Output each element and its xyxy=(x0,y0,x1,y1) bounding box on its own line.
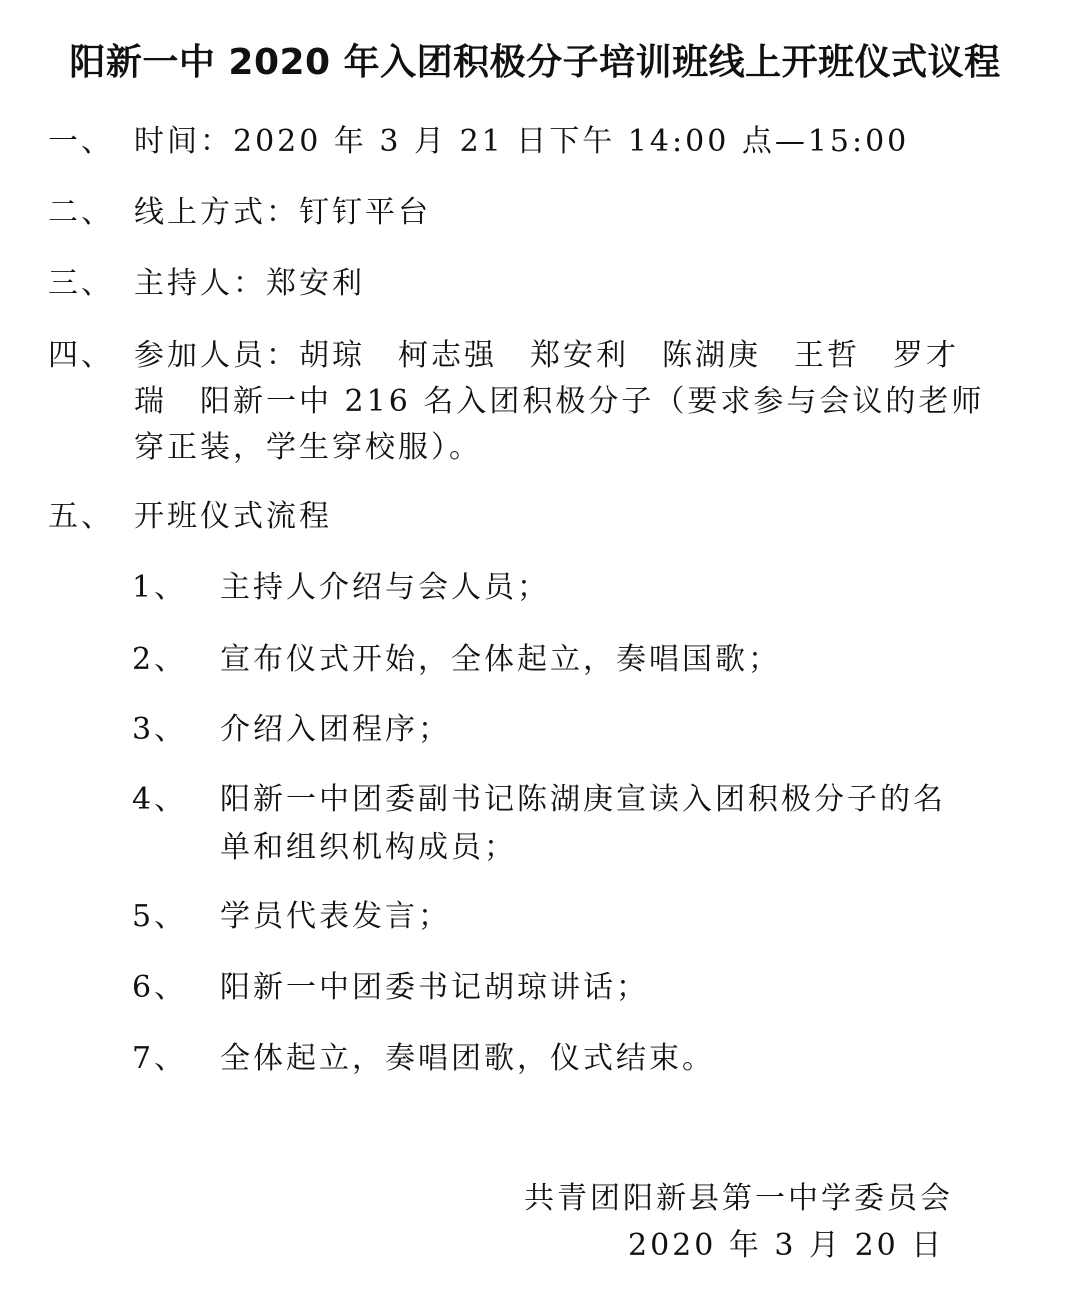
step-number: 6、 xyxy=(132,968,187,1008)
step-number: 5、 xyxy=(132,897,187,937)
document-title: 阳新一中 2020 年入团积极分子培训班线上开班仪式议程 xyxy=(0,38,1070,88)
step-text: 宣布仪式开始，全体起立，奏唱国歌； xyxy=(220,640,781,680)
step-number: 4、 xyxy=(132,780,187,820)
section-number: 二、 xyxy=(48,193,114,233)
step-number: 3、 xyxy=(132,710,187,750)
step-text: 阳新一中团委副书记陈湖庚宣读入团积极分子的名 xyxy=(220,780,946,820)
step-number: 1、 xyxy=(132,568,187,608)
section-number: 一、 xyxy=(48,122,114,162)
section-text: 开班仪式流程 xyxy=(134,497,332,537)
step-text: 学员代表发言； xyxy=(220,897,451,937)
section-text: 线上方式：钉钉平台 xyxy=(134,193,431,233)
section-number: 四、 xyxy=(48,336,114,376)
step-number: 7、 xyxy=(132,1039,187,1079)
signature-date: 2020 年 3 月 20 日 xyxy=(628,1226,944,1266)
section-text: 主持人：郑安利 xyxy=(134,264,365,304)
section-number: 五、 xyxy=(48,497,114,537)
step-text: 全体起立，奏唱团歌，仪式结束。 xyxy=(220,1039,715,1079)
step-text: 介绍入团程序； xyxy=(220,710,451,750)
signature-org: 共青团阳新县第一中学委员会 xyxy=(524,1179,953,1219)
section-number: 三、 xyxy=(48,264,114,304)
section-text: 参加人员：胡琼 柯志强 郑安利 陈湖庚 王哲 罗才 xyxy=(134,336,959,376)
step-text: 阳新一中团委书记胡琼讲话； xyxy=(220,968,649,1008)
section-text: 穿正装，学生穿校服）。 xyxy=(134,428,482,468)
step-text: 主持人介绍与会人员； xyxy=(220,568,550,608)
section-text: 瑞 阳新一中 216 名入团积极分子（要求参与会议的老师 xyxy=(134,382,984,422)
section-text: 时间：2020 年 3 月 21 日下午 14:00 点—15:00 xyxy=(134,122,909,162)
step-number: 2、 xyxy=(132,640,187,680)
step-text: 单和组织机构成员； xyxy=(220,828,517,868)
